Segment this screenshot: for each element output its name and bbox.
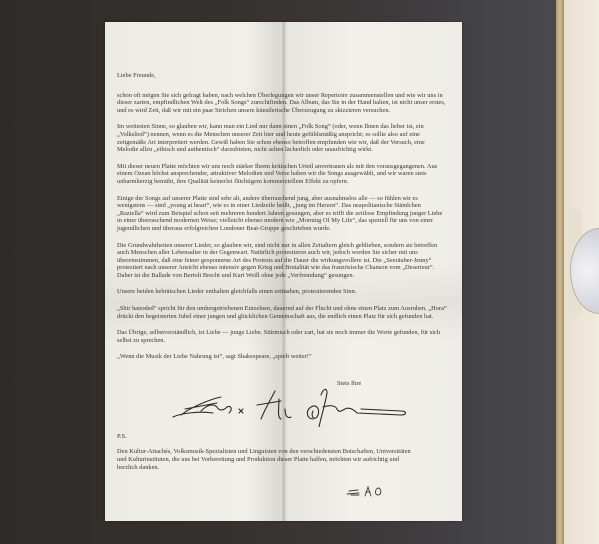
letter-paragraph: Unsere beiden hebräischen Lieder enthalt… [117,288,447,296]
letter-paragraph: Einige der Songs auf unserer Platte sind… [117,195,447,233]
letter-paragraph: „Wenn die Musik der Liebe Nahrung ist“, … [117,353,447,361]
sleeve-edge [556,0,564,544]
letter-paragraph: Die Grundwahrheiten unserer Lieder, so g… [117,242,447,280]
initials-icon [345,484,385,498]
signature-icon [161,385,411,427]
letter-paragraph: Im weitesten Sinne, so glauben wir, kann… [117,123,447,153]
letter-insert: Liebe Freunde, schon oft mögen Sie sich … [105,22,462,521]
letter-paragraph: Das Übrige, selbstverständlich, ist Lieb… [117,329,447,344]
ps-label: P.S. [117,433,127,440]
letter-salutation: Liebe Freunde, [117,72,447,80]
letter-paragraph: Mit dieser neuen Platte möchten wir uns … [117,163,447,186]
letter-paragraph: schon oft mögen Sie sich gefragt haben, … [117,92,447,115]
ps-text: Den Kultur-Attachés, Volksmusik-Speziali… [117,448,417,473]
letter-body: Liebe Freunde, schon oft mögen Sie sich … [117,72,447,370]
letter-paragraph: „Shir hanoded“ spricht für den umhergetr… [117,305,447,320]
